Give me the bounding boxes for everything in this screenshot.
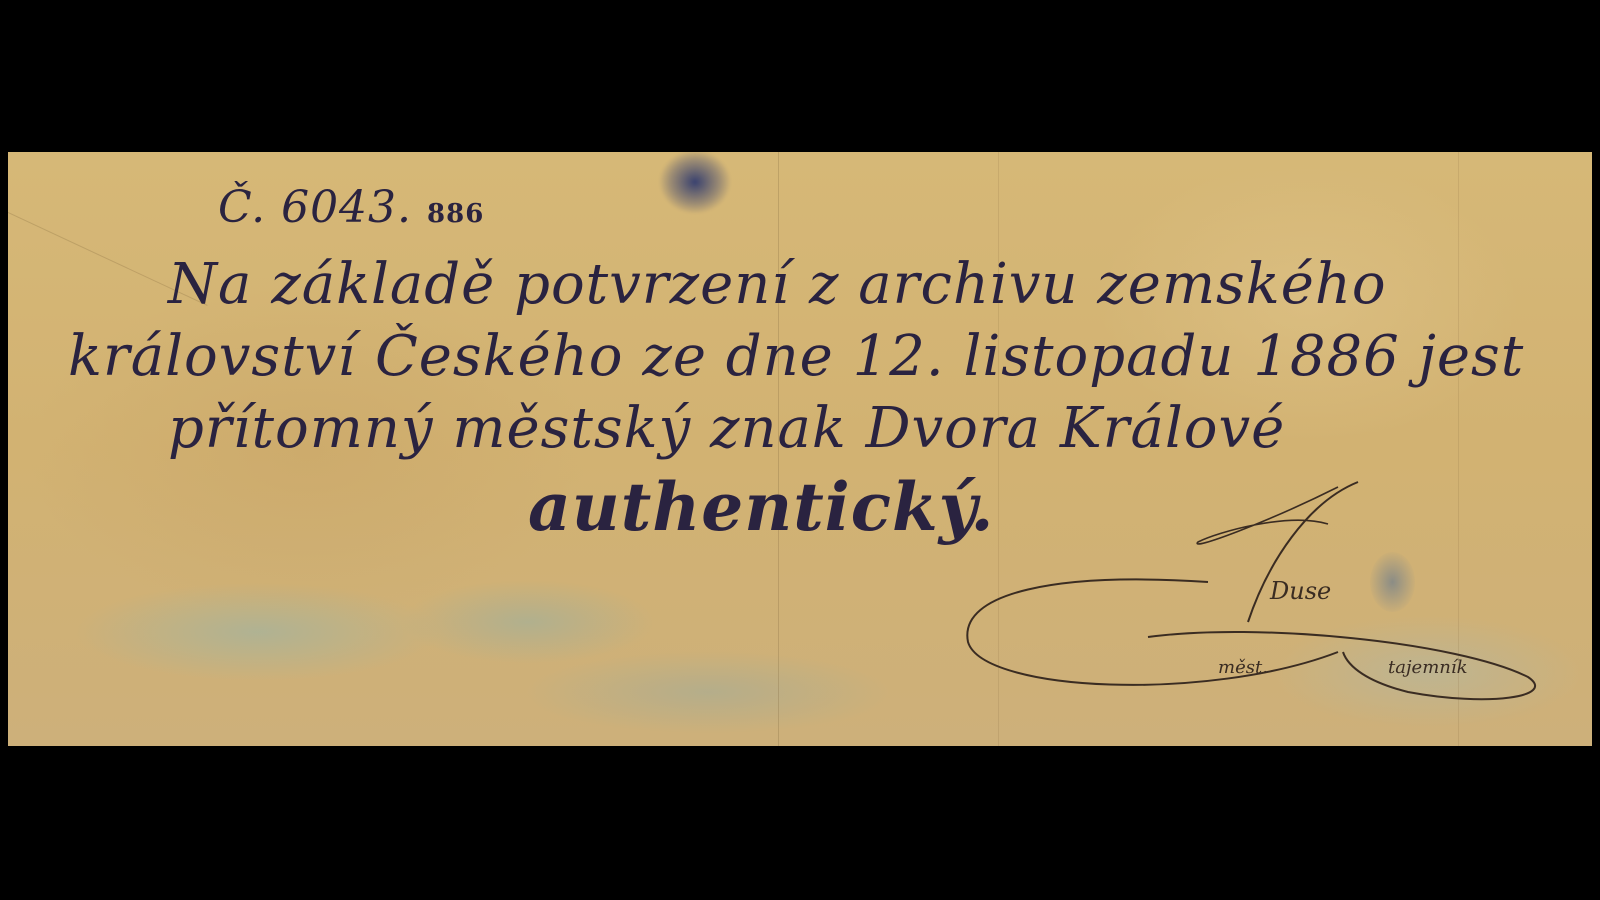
signature-title-left: měst. (1218, 657, 1268, 678)
aged-paper-document: Č. 6043. 886 Na základě potvrzení z arch… (8, 152, 1592, 746)
signature-flourish (8, 152, 1592, 746)
signature-title-right: tajemník (1388, 657, 1468, 678)
signature-name: Duse (1270, 577, 1331, 605)
